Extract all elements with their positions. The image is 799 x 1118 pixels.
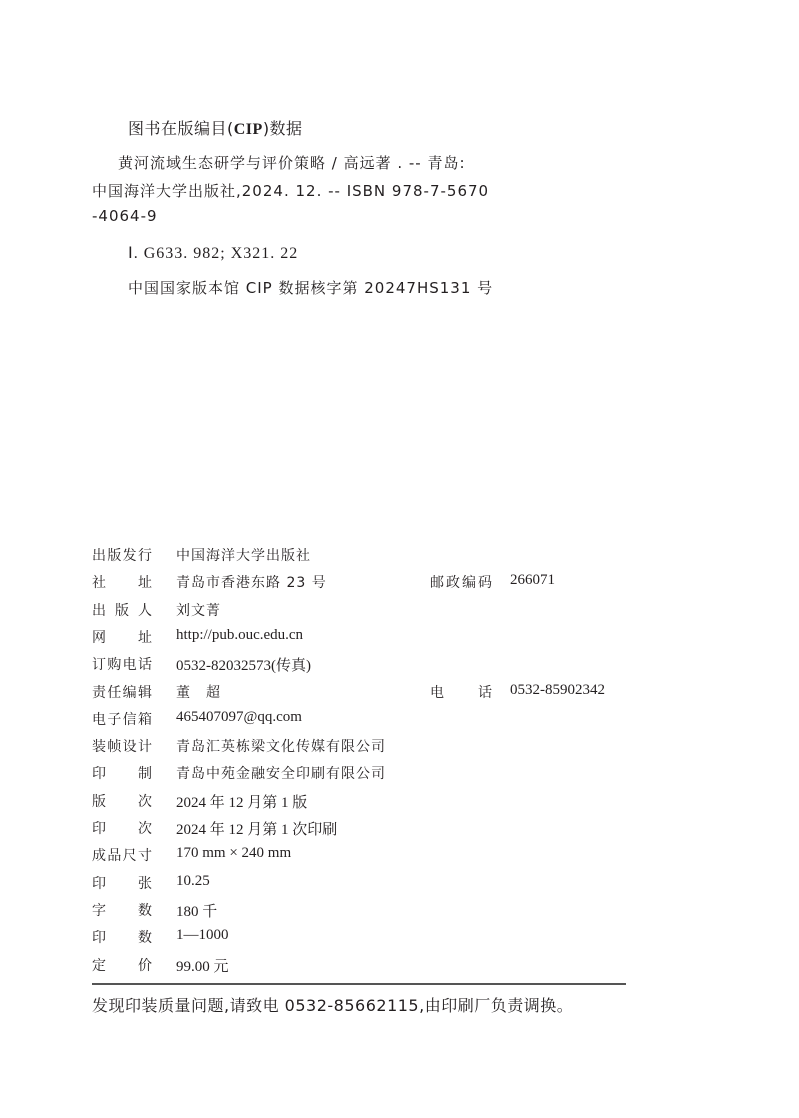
info-label: 网址 <box>92 627 152 647</box>
label-char: 版 <box>92 791 106 811</box>
label-char: 计 <box>138 736 152 756</box>
info-label: 订购电话 <box>92 654 152 674</box>
info-label: 印张 <box>92 873 152 893</box>
info-value: 2024 年 12 月第 1 次印刷 <box>176 818 337 839</box>
label-char: 出 <box>92 545 106 565</box>
label-char: 编 <box>123 682 137 702</box>
info-label: 出版发行 <box>92 545 152 565</box>
label-char: 人 <box>138 600 152 620</box>
label-char: 数 <box>138 900 152 920</box>
label-char: 邮 <box>430 572 444 592</box>
label-char: 字 <box>92 900 106 920</box>
label-char: 发 <box>123 545 137 565</box>
info-label: 印次 <box>92 818 152 838</box>
divider <box>92 983 626 985</box>
label-char: 订 <box>92 654 106 674</box>
cip-verification: 中国国家版本馆 CIP 数据核字第 20247HS131 号 <box>128 277 493 298</box>
cip-line-2: 中国海洋大学出版社,2024. 12. -- ISBN 978-7-5670 <box>92 180 489 201</box>
cip-title-bold: CIP <box>234 121 263 138</box>
label-char: 任 <box>107 682 121 702</box>
label-char: 箱 <box>138 709 152 729</box>
info-value: 465407097@qq.com <box>176 709 302 726</box>
label-char: 行 <box>138 545 152 565</box>
info-right-value: 0532-85902342 <box>510 682 605 699</box>
cip-line-3: -4064-9 <box>92 207 158 225</box>
label-char: 编 <box>462 572 476 592</box>
info-label: 印数 <box>92 927 152 947</box>
label-char: 政 <box>446 572 460 592</box>
info-label: 版次 <box>92 791 152 811</box>
label-char: 版 <box>115 600 129 620</box>
label-char: 话 <box>478 682 492 702</box>
label-char: 版 <box>107 545 121 565</box>
cip-line-1: 黄河流域生态研学与评价策略 / 高远著 . -- 青岛: <box>118 152 466 173</box>
label-char: 张 <box>138 873 152 893</box>
info-value: 青岛市香港东路 23 号 <box>176 572 327 592</box>
label-char: 电 <box>92 709 106 729</box>
info-value: 0532-82032573(传真) <box>176 654 311 675</box>
label-char: 帧 <box>107 736 121 756</box>
cip-title-suffix: )数据 <box>263 119 303 138</box>
info-label: 字数 <box>92 900 152 920</box>
label-char: 印 <box>92 927 106 947</box>
info-value: 99.00 元 <box>176 955 229 976</box>
info-value: 青岛中苑金融安全印刷有限公司 <box>176 763 386 783</box>
label-char: 码 <box>478 572 492 592</box>
label-char: 话 <box>138 654 152 674</box>
label-char: 电 <box>430 682 444 702</box>
label-char: 装 <box>92 736 106 756</box>
label-char: 址 <box>138 572 152 592</box>
label-char: 价 <box>138 955 152 975</box>
info-value: 10.25 <box>176 873 210 890</box>
info-value: http://pub.ouc.edu.cn <box>176 627 303 644</box>
label-char: 制 <box>138 763 152 783</box>
cip-title: 图书在版编目(CIP)数据 <box>128 116 303 139</box>
info-label: 社址 <box>92 572 152 592</box>
label-char: 印 <box>92 873 106 893</box>
label-char: 印 <box>92 818 106 838</box>
label-char: 责 <box>92 682 106 702</box>
info-right-value: 266071 <box>510 572 555 589</box>
copyright-page: 图书在版编目(CIP)数据 黄河流域生态研学与评价策略 / 高远著 . -- 青… <box>0 0 799 1118</box>
info-value: 2024 年 12 月第 1 版 <box>176 791 307 812</box>
info-value: 董 超 <box>176 682 221 702</box>
label-char: 社 <box>92 572 106 592</box>
info-value: 1—1000 <box>176 927 229 944</box>
info-value: 170 mm × 240 mm <box>176 845 291 862</box>
label-char: 次 <box>138 818 152 838</box>
label-char: 数 <box>138 927 152 947</box>
label-char: 网 <box>92 627 106 647</box>
info-label: 出版人 <box>92 600 152 620</box>
info-label: 电子信箱 <box>92 709 152 729</box>
label-char: 成 <box>92 845 106 865</box>
label-char: 定 <box>92 955 106 975</box>
label-char: 出 <box>92 600 106 620</box>
info-value: 中国海洋大学出版社 <box>176 545 311 565</box>
label-char: 印 <box>92 763 106 783</box>
cip-title-prefix: 图书在版编目( <box>128 119 234 138</box>
label-char: 尺 <box>123 845 137 865</box>
label-char: 次 <box>138 791 152 811</box>
info-label: 印制 <box>92 763 152 783</box>
label-char: 购 <box>107 654 121 674</box>
label-char: 子 <box>107 709 121 729</box>
quality-notice: 发现印装质量问题,请致电 0532-85662115,由印刷厂负责调换。 <box>92 993 573 1016</box>
label-char: 址 <box>138 627 152 647</box>
info-value: 青岛汇英栋梁文化传媒有限公司 <box>176 736 386 756</box>
info-right-label: 电话 <box>430 682 492 702</box>
info-label: 成品尺寸 <box>92 845 152 865</box>
info-value: 刘文菁 <box>176 600 221 620</box>
label-char: 设 <box>123 736 137 756</box>
label-char: 辑 <box>138 682 152 702</box>
info-label: 装帧设计 <box>92 736 152 756</box>
info-value: 180 千 <box>176 900 217 921</box>
info-right-label: 邮政编码 <box>430 572 492 592</box>
label-char: 信 <box>123 709 137 729</box>
label-char: 电 <box>123 654 137 674</box>
info-label: 责任编辑 <box>92 682 152 702</box>
cip-classification: Ⅰ. G633. 982; X321. 22 <box>128 243 298 263</box>
label-char: 品 <box>107 845 121 865</box>
label-char: 寸 <box>138 845 152 865</box>
info-label: 定价 <box>92 955 152 975</box>
